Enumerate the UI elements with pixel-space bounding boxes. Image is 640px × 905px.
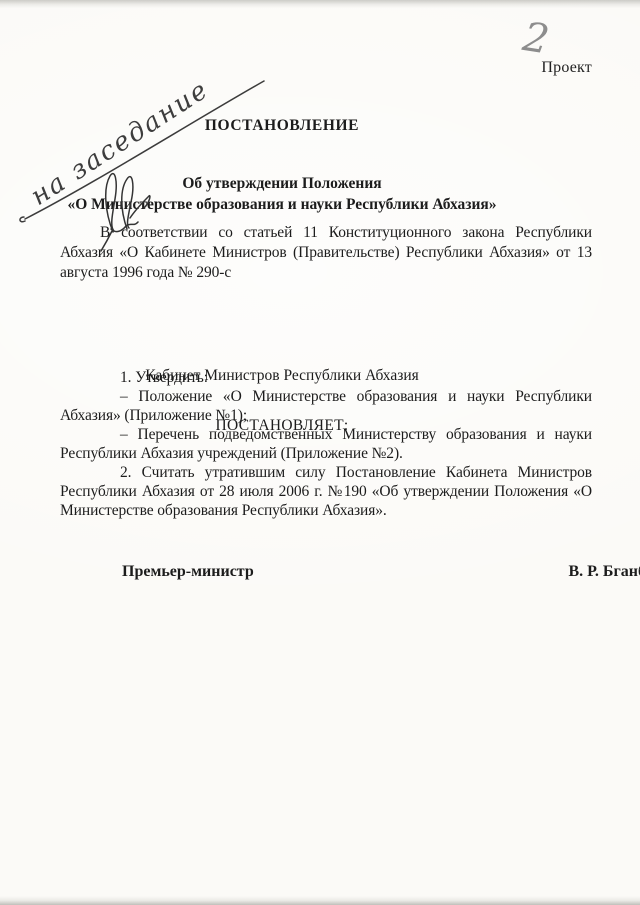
signature-row: Премьер-министр В. Р. Бганба: [60, 563, 640, 581]
resolution-item: – Перечень подведомственных Министерству…: [60, 425, 592, 463]
handwritten-page-number: 2: [519, 14, 552, 64]
document-subtitle: Об утверждении Положения «О Министерстве…: [16, 173, 548, 215]
resolution-items: 1. Утвердить: – Положение «О Министерств…: [60, 368, 592, 520]
subtitle-line-1: Об утверждении Положения: [16, 173, 548, 194]
subtitle-line-2: «О Министерстве образования и науки Респ…: [16, 194, 548, 215]
preamble-paragraph: В соответствии со статьей 11 Конституцио…: [60, 223, 592, 283]
resolution-item: 2. Считать утратившим силу Постановление…: [60, 463, 592, 520]
signer-post: Премьер-министр: [122, 563, 254, 581]
signer-name: В. Р. Бганба: [568, 563, 640, 581]
doc-status-label: Проект: [541, 59, 592, 77]
document-title: ПОСТАНОВЛЕНИЕ: [16, 116, 548, 136]
resolution-item: – Положение «О Министерстве образования …: [60, 387, 592, 425]
resolution-item: 1. Утвердить:: [60, 368, 592, 387]
scan-edge-artifact-bottom: [0, 896, 640, 905]
scan-edge-artifact-top: [0, 0, 640, 8]
scanned-document-page: Проект ПОСТАНОВЛЕНИЕ Об утверждении Поло…: [0, 0, 640, 905]
